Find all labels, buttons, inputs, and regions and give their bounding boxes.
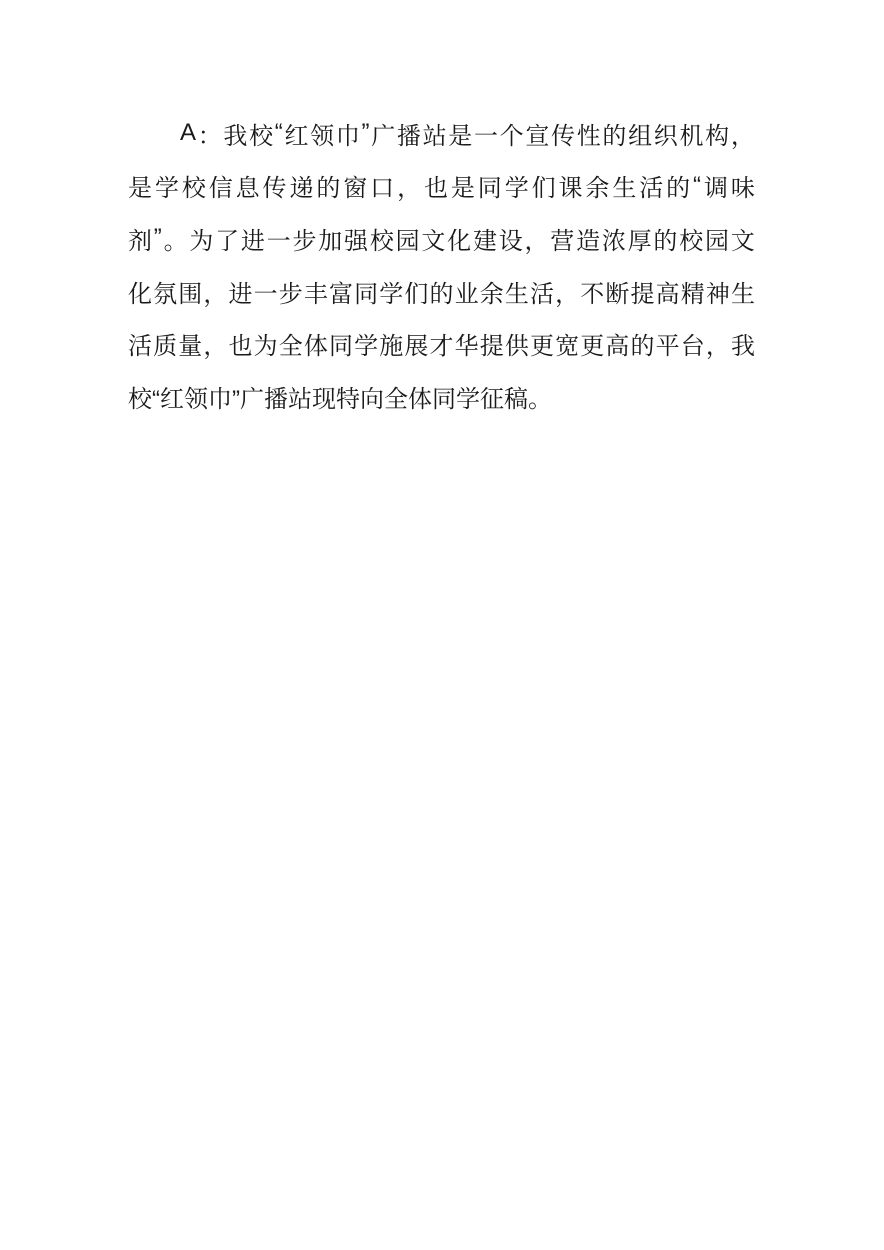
document-page: A：我校“红领巾”广播站是一个宣传性的组织机构， 是学校信息传递的窗口，也是同学… (0, 0, 884, 1250)
body-paragraph: A：我校“红领巾”广播站是一个宣传性的组织机构， 是学校信息传递的窗口，也是同学… (128, 107, 755, 423)
paragraph-line: 是学校信息传递的窗口，也是同学们课余生活的“调味 (128, 160, 755, 213)
paragraph-line: A：我校“红领巾”广播站是一个宣传性的组织机构， (128, 107, 755, 160)
paragraph-line: 活质量，也为全体同学施展才华提供更宽更高的平台，我 (128, 317, 755, 370)
paragraph-line: 校“红领巾”广播站现特向全体同学征稿。 (128, 370, 755, 423)
paragraph-line: 剂”。为了进一步加强校园文化建设，营造浓厚的校园文 (128, 212, 755, 265)
paragraph-line: 化氛围，进一步丰富同学们的业余生活，不断提高精神生 (128, 265, 755, 318)
